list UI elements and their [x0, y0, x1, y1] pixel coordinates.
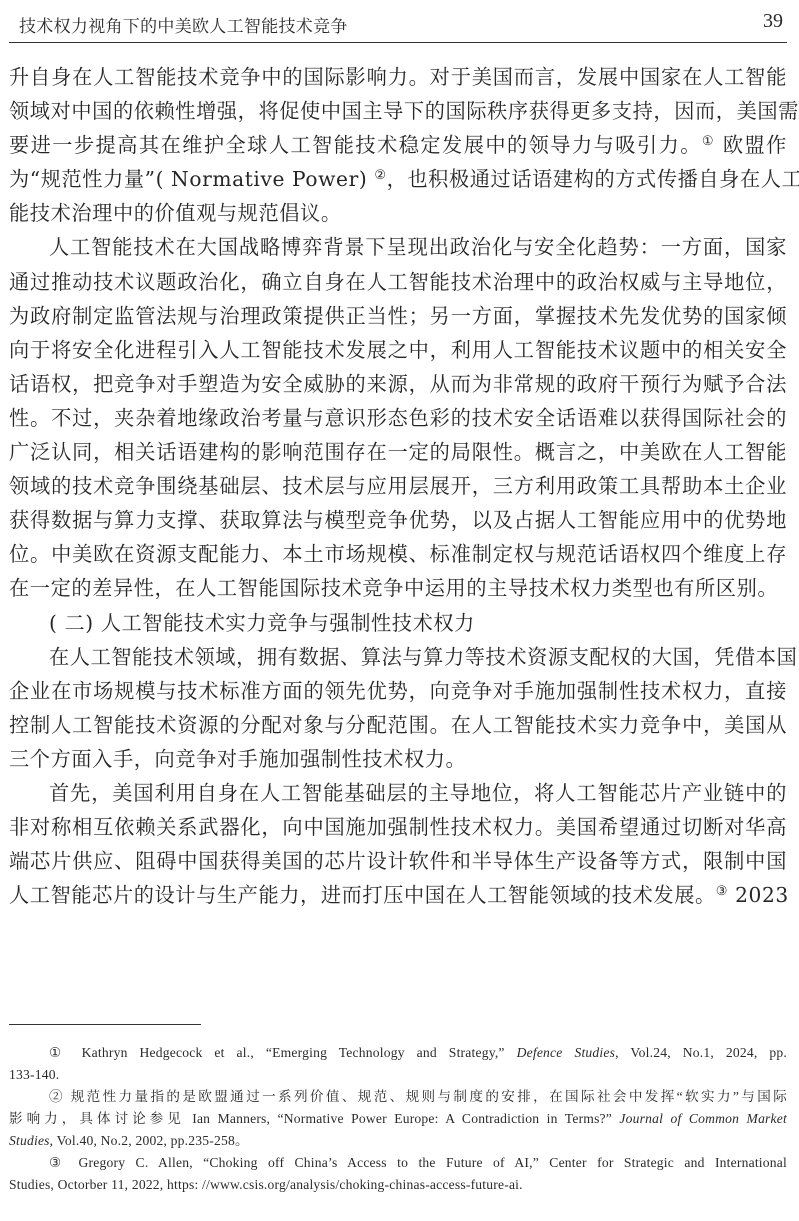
- footnote-text: Studies, Octorber 11, 2022, https: //www…: [9, 1177, 523, 1192]
- line-text: 领域的技术竞争围绕基础层、技术层与应用层展开，三方利用政策工具帮助本土企业: [9, 474, 787, 498]
- footnote-marker: ③: [49, 1155, 79, 1170]
- footnote-ref[interactable]: ③: [716, 884, 728, 899]
- footnote-text: Kathryn Hedgecock et al., “Emerging Tech…: [82, 1045, 517, 1060]
- footnote-divider: [9, 1024, 201, 1025]
- footnote-marker: ①: [49, 1045, 82, 1060]
- body-line: 要进一步提高其在维护全球人工智能技术稳定发展中的领导力与吸引力。① 欧盟作: [9, 128, 787, 162]
- line-text: 获得数据与算力支撑、获取算法与模型竞争优势，以及占据人工智能应用中的优势地: [9, 508, 787, 532]
- line-text: 话语权，把竞争对手塑造为安全威胁的来源，从而为非常规的政府干预行为赋予合法: [9, 372, 787, 396]
- line-text: 为“规范性力量”( Normative Power): [9, 167, 374, 191]
- footnotes: ① Kathryn Hedgecock et al., “Emerging Te…: [9, 1042, 787, 1196]
- body-line: 首先，美国利用自身在人工智能基础层的主导地位，将人工智能芯片产业链中的: [9, 776, 787, 810]
- footnote-italic: Journal of Common Market: [619, 1111, 787, 1126]
- footnote-line: 133-140.: [9, 1064, 787, 1086]
- line-text: 升自身在人工智能技术竞争中的国际影响力。对于美国而言，发展中国家在人工智能: [9, 65, 787, 89]
- line-text: 三个方面入手，向竞争对手施加强制性技术权力。: [9, 747, 466, 771]
- line-text: 控制人工智能技术资源的分配对象与分配范围。在人工智能技术实力竞争中，美国从: [9, 713, 787, 737]
- footnote-text: 影响力，具体讨论参见 Ian Manners, “Normative Power…: [9, 1111, 619, 1126]
- footnote-text: 规范性力量指的是欧盟通过一系列价值、规范、规则与制度的安排，在国际社会中发挥“软…: [71, 1089, 787, 1104]
- body-line: 广泛认同，相关话语建构的影响范围存在一定的局限性。概言之，中美欧在人工智能: [9, 435, 787, 469]
- line-text: 首先，美国利用自身在人工智能基础层的主导地位，将人工智能芯片产业链中的: [49, 781, 787, 805]
- body-line: 话语权，把竞争对手塑造为安全威胁的来源，从而为非常规的政府干预行为赋予合法: [9, 367, 787, 401]
- body-line: 控制人工智能技术资源的分配对象与分配范围。在人工智能技术实力竞争中，美国从: [9, 708, 787, 742]
- line-text: 端芯片供应、阻碍中国获得美国的芯片设计软件和半导体生产设备等方式，限制中国: [9, 849, 787, 873]
- body-line: 端芯片供应、阻碍中国获得美国的芯片设计软件和半导体生产设备等方式，限制中国: [9, 844, 787, 878]
- footnote-text-after: , Vol.40, No.2, 2002, pp.235-258。: [50, 1133, 249, 1148]
- body-line: 位。中美欧在资源支配能力、本土市场规模、标准制定权与规范话语权四个维度上存: [9, 537, 787, 571]
- line-text: 能技术治理中的价值观与规范倡议。: [9, 201, 342, 225]
- line-text: 广泛认同，相关话语建构的影响范围存在一定的局限性。概言之，中美欧在人工智能: [9, 440, 787, 464]
- line-text: 向于将安全化进程引入人工智能技术发展之中，利用人工智能技术议题中的相关安全: [9, 338, 787, 362]
- body-line: 三个方面入手，向竞争对手施加强制性技术权力。: [9, 742, 787, 776]
- running-title: 技术权力视角下的中美欧人工智能技术竞争: [19, 12, 348, 37]
- footnote-line: 影响力，具体讨论参见 Ian Manners, “Normative Power…: [9, 1108, 787, 1130]
- footnote-italic: Defence Studies: [517, 1045, 616, 1060]
- body-line: 非对称相互依赖关系武器化，向中国施加强制性技术权力。美国希望通过切断对华高: [9, 810, 787, 844]
- footnote-ref[interactable]: ①: [702, 134, 715, 149]
- body-line: 在一定的差异性，在人工智能国际技术竞争中运用的主导技术权力类型也有所区别。: [9, 571, 787, 605]
- body-line: 为“规范性力量”( Normative Power) ②，也积极通过话语建构的方…: [9, 162, 787, 196]
- line-text: 通过推动技术议题政治化，确立自身在人工智能技术治理中的政治权威与主导地位，: [9, 270, 787, 294]
- body-line: 领域的技术竞争围绕基础层、技术层与应用层展开，三方利用政策工具帮助本土企业: [9, 469, 787, 503]
- body-line: 在人工智能技术领域，拥有数据、算法与算力等技术资源支配权的大国，凭借本国: [9, 640, 787, 674]
- body-text: 升自身在人工智能技术竞争中的国际影响力。对于美国而言，发展中国家在人工智能领域对…: [9, 60, 787, 912]
- body-line: 人工智能芯片的设计与生产能力，进而打压中国在人工智能领域的技术发展。③ 2023: [9, 878, 787, 912]
- line-text: 位。中美欧在资源支配能力、本土市场规模、标准制定权与规范话语权四个维度上存: [9, 542, 787, 566]
- footnote-ref[interactable]: ②: [374, 168, 386, 183]
- footnote-italic: Studies: [9, 1133, 50, 1148]
- line-text: ( 二) 人工智能技术实力竞争与强制性技术权力: [49, 611, 475, 635]
- body-line: 升自身在人工智能技术竞争中的国际影响力。对于美国而言，发展中国家在人工智能: [9, 60, 787, 94]
- footnote-text: Gregory C. Allen, “Choking off China’s A…: [79, 1155, 788, 1170]
- section-heading: ( 二) 人工智能技术实力竞争与强制性技术权力: [9, 606, 787, 640]
- running-header: 技术权力视角下的中美欧人工智能技术竞争 39: [9, 0, 787, 43]
- line-text: 企业在市场规模与技术标准方面的领先优势，向竞争对手施加强制性技术权力，直接: [9, 679, 787, 703]
- page-number: 39: [763, 10, 783, 33]
- footnote-line: ② 规范性力量指的是欧盟通过一系列价值、规范、规则与制度的安排，在国际社会中发挥…: [9, 1086, 787, 1108]
- line-text: 在一定的差异性，在人工智能国际技术竞争中运用的主导技术权力类型也有所区别。: [9, 576, 778, 600]
- body-line: 领域对中国的依赖性增强，将促使中国主导下的国际秩序获得更多支持，因而，美国需: [9, 94, 787, 128]
- line-text: 非对称相互依赖关系武器化，向中国施加强制性技术权力。美国希望通过切断对华高: [9, 815, 787, 839]
- line-text-after: ，也积极通过话语建构的方式传播自身在人工智: [387, 167, 799, 191]
- footnote-marker: ②: [49, 1089, 71, 1104]
- footnote-text-after: , Vol.24, No.1, 2024, pp.: [615, 1045, 787, 1060]
- body-line: 向于将安全化进程引入人工智能技术发展之中，利用人工智能技术议题中的相关安全: [9, 333, 787, 367]
- line-text: 领域对中国的依赖性增强，将促使中国主导下的国际秩序获得更多支持，因而，美国需: [9, 99, 799, 123]
- line-text: 在人工智能技术领域，拥有数据、算法与算力等技术资源支配权的大国，凭借本国: [49, 645, 797, 669]
- line-text: 性。不过，夹杂着地缘政治考量与意识形态色彩的技术安全话语难以获得国际社会的: [9, 406, 787, 430]
- line-text-after: 欧盟作: [715, 133, 787, 157]
- footnote-line: ③ Gregory C. Allen, “Choking off China’s…: [9, 1152, 787, 1174]
- line-text-after: 2023: [728, 883, 789, 907]
- footnote-line: ① Kathryn Hedgecock et al., “Emerging Te…: [9, 1042, 787, 1064]
- body-line: 获得数据与算力支撑、获取算法与模型竞争优势，以及占据人工智能应用中的优势地: [9, 503, 787, 537]
- footnote-line: Studies, Octorber 11, 2022, https: //www…: [9, 1174, 787, 1196]
- line-text: 要进一步提高其在维护全球人工智能技术稳定发展中的领导力与吸引力。: [9, 133, 702, 157]
- footnote-text: 133-140.: [9, 1067, 59, 1082]
- line-text: 为政府制定监管法规与治理政策提供正当性；另一方面，掌握技术先发优势的国家倾: [9, 304, 787, 328]
- body-line: 人工智能技术在大国战略博弈背景下呈现出政治化与安全化趋势：一方面，国家: [9, 230, 787, 264]
- body-line: 企业在市场规模与技术标准方面的领先优势，向竞争对手施加强制性技术权力，直接: [9, 674, 787, 708]
- body-line: 能技术治理中的价值观与规范倡议。: [9, 196, 787, 230]
- line-text: 人工智能芯片的设计与生产能力，进而打压中国在人工智能领域的技术发展。: [9, 883, 716, 907]
- body-line: 为政府制定监管法规与治理政策提供正当性；另一方面，掌握技术先发优势的国家倾: [9, 299, 787, 333]
- body-line: 性。不过，夹杂着地缘政治考量与意识形态色彩的技术安全话语难以获得国际社会的: [9, 401, 787, 435]
- footnote-line: Studies, Vol.40, No.2, 2002, pp.235-258。: [9, 1130, 787, 1152]
- line-text: 人工智能技术在大国战略博弈背景下呈现出政治化与安全化趋势：一方面，国家: [49, 235, 787, 259]
- body-line: 通过推动技术议题政治化，确立自身在人工智能技术治理中的政治权威与主导地位，: [9, 265, 787, 299]
